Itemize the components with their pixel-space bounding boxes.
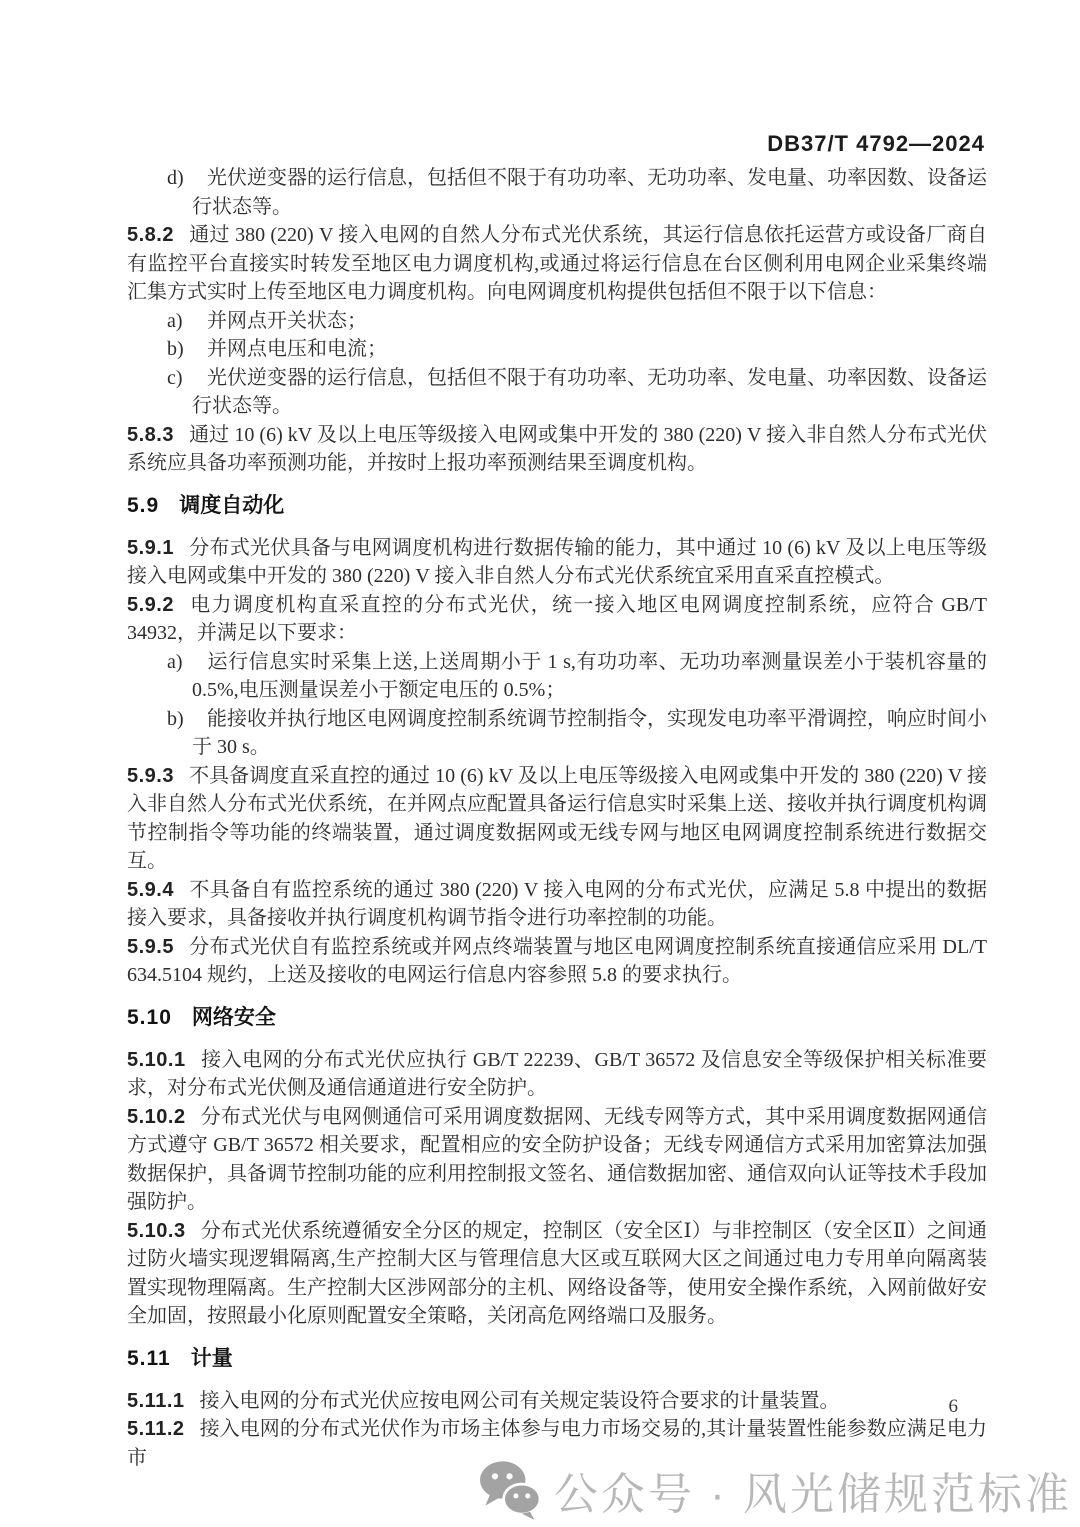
- page-number: 6: [949, 1396, 959, 1418]
- clause-text: 分布式光伏系统遵循安全分区的规定，控制区（安全区Ⅰ）与非控制区（安全区Ⅱ）之间通…: [127, 1220, 987, 1328]
- clause-number: 5.8.3: [127, 424, 174, 446]
- clause-5-10-1: 5.10.1接入电网的分布式光伏应执行 GB/T 22239、GB/T 3657…: [127, 1046, 987, 1103]
- clause-number: 5.10.3: [127, 1220, 186, 1242]
- clause-text: 不具备自有监控系统的通过 380 (220) V 接入电网的分布式光伏，应满足 …: [127, 879, 987, 930]
- section-heading-5-10: 5.10网络安全: [127, 1003, 987, 1033]
- document-body: d)光伏逆变器的运行信息，包括但不限于有功功率、无功功率、发电量、功率因数、设备…: [127, 164, 987, 1472]
- list-item-a: a)运行信息实时采集上送,上送周期小于 1 s,有功功率、无功功率测量误差小于装…: [127, 648, 987, 705]
- clause-text: 通过 380 (220) V 接入电网的自然人分布式光伏系统，其运行信息依托运营…: [127, 224, 987, 303]
- clause-number: 5.9.1: [127, 537, 174, 559]
- list-item-d: d)光伏逆变器的运行信息，包括但不限于有功功率、无功功率、发电量、功率因数、设备…: [127, 164, 987, 221]
- heading-title: 调度自动化: [179, 494, 284, 517]
- wechat-icon: [478, 1460, 542, 1520]
- clause-text: 通过 10 (6) kV 及以上电压等级接入电网或集中开发的 380 (220)…: [127, 424, 987, 475]
- standard-code: DB37/T 4792—2024: [767, 131, 985, 157]
- heading-number: 5.11: [127, 1347, 171, 1370]
- list-item-a: a)并网点开关状态；: [127, 307, 987, 336]
- heading-number: 5.10: [127, 1006, 172, 1029]
- clause-5-8-3: 5.8.3通过 10 (6) kV 及以上电压等级接入电网或集中开发的 380 …: [127, 421, 987, 478]
- clause-number: 5.9.3: [127, 765, 174, 787]
- clause-number: 5.11.2: [127, 1418, 185, 1440]
- heading-number: 5.9: [127, 494, 159, 517]
- heading-title: 网络安全: [192, 1006, 276, 1029]
- clause-5-9-2: 5.9.2电力调度机构直采直控的分布式光伏，统一接入地区电网调度控制系统，应符合…: [127, 591, 987, 648]
- clause-text: 不具备调度直采直控的通过 10 (6) kV 及以上电压等级接入电网或集中开发的…: [127, 765, 987, 873]
- clause-number: 5.9.5: [127, 936, 174, 958]
- document-page: DB37/T 4792—2024 d)光伏逆变器的运行信息，包括但不限于有功功率…: [0, 0, 1080, 1527]
- clause-5-9-1: 5.9.1分布式光伏具备与电网调度机构进行数据传输的能力，其中通过 10 (6)…: [127, 534, 987, 591]
- clause-number: 5.10.2: [127, 1106, 186, 1128]
- list-item-b: b)并网点电压和电流；: [127, 335, 987, 364]
- watermark-text: 公众号 · 风光储规范标准: [554, 1458, 1072, 1522]
- list-item-b: b)能接收并执行地区电网调度控制系统调节控制指令，实现发电功率平滑调控，响应时间…: [127, 705, 987, 762]
- list-marker: a): [167, 648, 207, 677]
- list-item-text: 并网点电压和电流；: [207, 338, 387, 360]
- clause-number: 5.9.2: [127, 594, 174, 616]
- clause-text: 分布式光伏自有监控系统或并网点终端装置与地区电网调度控制系统直接通信应采用 DL…: [127, 936, 987, 987]
- list-marker: b): [167, 335, 207, 364]
- clause-5-10-2: 5.10.2分布式光伏与电网侧通信可采用调度数据网、无线专网等方式，其中采用调度…: [127, 1103, 987, 1217]
- clause-number: 5.10.1: [127, 1049, 186, 1071]
- clause-5-8-2: 5.8.2通过 380 (220) V 接入电网的自然人分布式光伏系统，其运行信…: [127, 221, 987, 307]
- clause-5-10-3: 5.10.3分布式光伏系统遵循安全分区的规定，控制区（安全区Ⅰ）与非控制区（安全…: [127, 1217, 987, 1331]
- heading-title: 计量: [191, 1347, 233, 1370]
- list-item-text: 运行信息实时采集上送,上送周期小于 1 s,有功功率、无功功率测量误差小于装机容…: [192, 651, 987, 702]
- clause-text: 接入电网的分布式光伏应按电网公司有关规定装设符合要求的计量装置。: [200, 1390, 840, 1412]
- list-item-text: 光伏逆变器的运行信息，包括但不限于有功功率、无功功率、发电量、功率因数、设备运行…: [192, 167, 987, 218]
- clause-text: 接入电网的分布式光伏应执行 GB/T 22239、GB/T 36572 及信息安…: [127, 1049, 987, 1100]
- clause-5-11-1: 5.11.1接入电网的分布式光伏应按电网公司有关规定装设符合要求的计量装置。: [127, 1387, 987, 1416]
- clause-5-9-5: 5.9.5分布式光伏自有监控系统或并网点终端装置与地区电网调度控制系统直接通信应…: [127, 933, 987, 990]
- list-item-c: c)光伏逆变器的运行信息，包括但不限于有功功率、无功功率、发电量、功率因数、设备…: [127, 364, 987, 421]
- list-item-text: 光伏逆变器的运行信息，包括但不限于有功功率、无功功率、发电量、功率因数、设备运行…: [192, 367, 987, 418]
- list-marker: b): [167, 705, 207, 734]
- clause-text: 电力调度机构直采直控的分布式光伏，统一接入地区电网调度控制系统，应符合 GB/T…: [127, 594, 987, 645]
- list-marker: a): [167, 307, 207, 336]
- list-marker: d): [167, 164, 207, 193]
- clause-text: 分布式光伏与电网侧通信可采用调度数据网、无线专网等方式，其中采用调度数据网通信方…: [127, 1106, 987, 1214]
- list-item-text: 并网点开关状态；: [207, 310, 367, 332]
- clause-text: 分布式光伏具备与电网调度机构进行数据传输的能力，其中通过 10 (6) kV 及…: [127, 537, 987, 588]
- watermark: 公众号 · 风光储规范标准: [478, 1458, 1072, 1522]
- list-marker: c): [167, 364, 207, 393]
- list-item-text: 能接收并执行地区电网调度控制系统调节控制指令，实现发电功率平滑调控，响应时间小于…: [192, 708, 987, 759]
- clause-number: 5.8.2: [127, 224, 174, 246]
- clause-5-9-4: 5.9.4不具备自有监控系统的通过 380 (220) V 接入电网的分布式光伏…: [127, 876, 987, 933]
- section-heading-5-11: 5.11计量: [127, 1344, 987, 1374]
- section-heading-5-9: 5.9调度自动化: [127, 491, 987, 521]
- clause-number: 5.9.4: [127, 879, 174, 901]
- clause-5-9-3: 5.9.3不具备调度直采直控的通过 10 (6) kV 及以上电压等级接入电网或…: [127, 762, 987, 876]
- clause-number: 5.11.1: [127, 1390, 185, 1412]
